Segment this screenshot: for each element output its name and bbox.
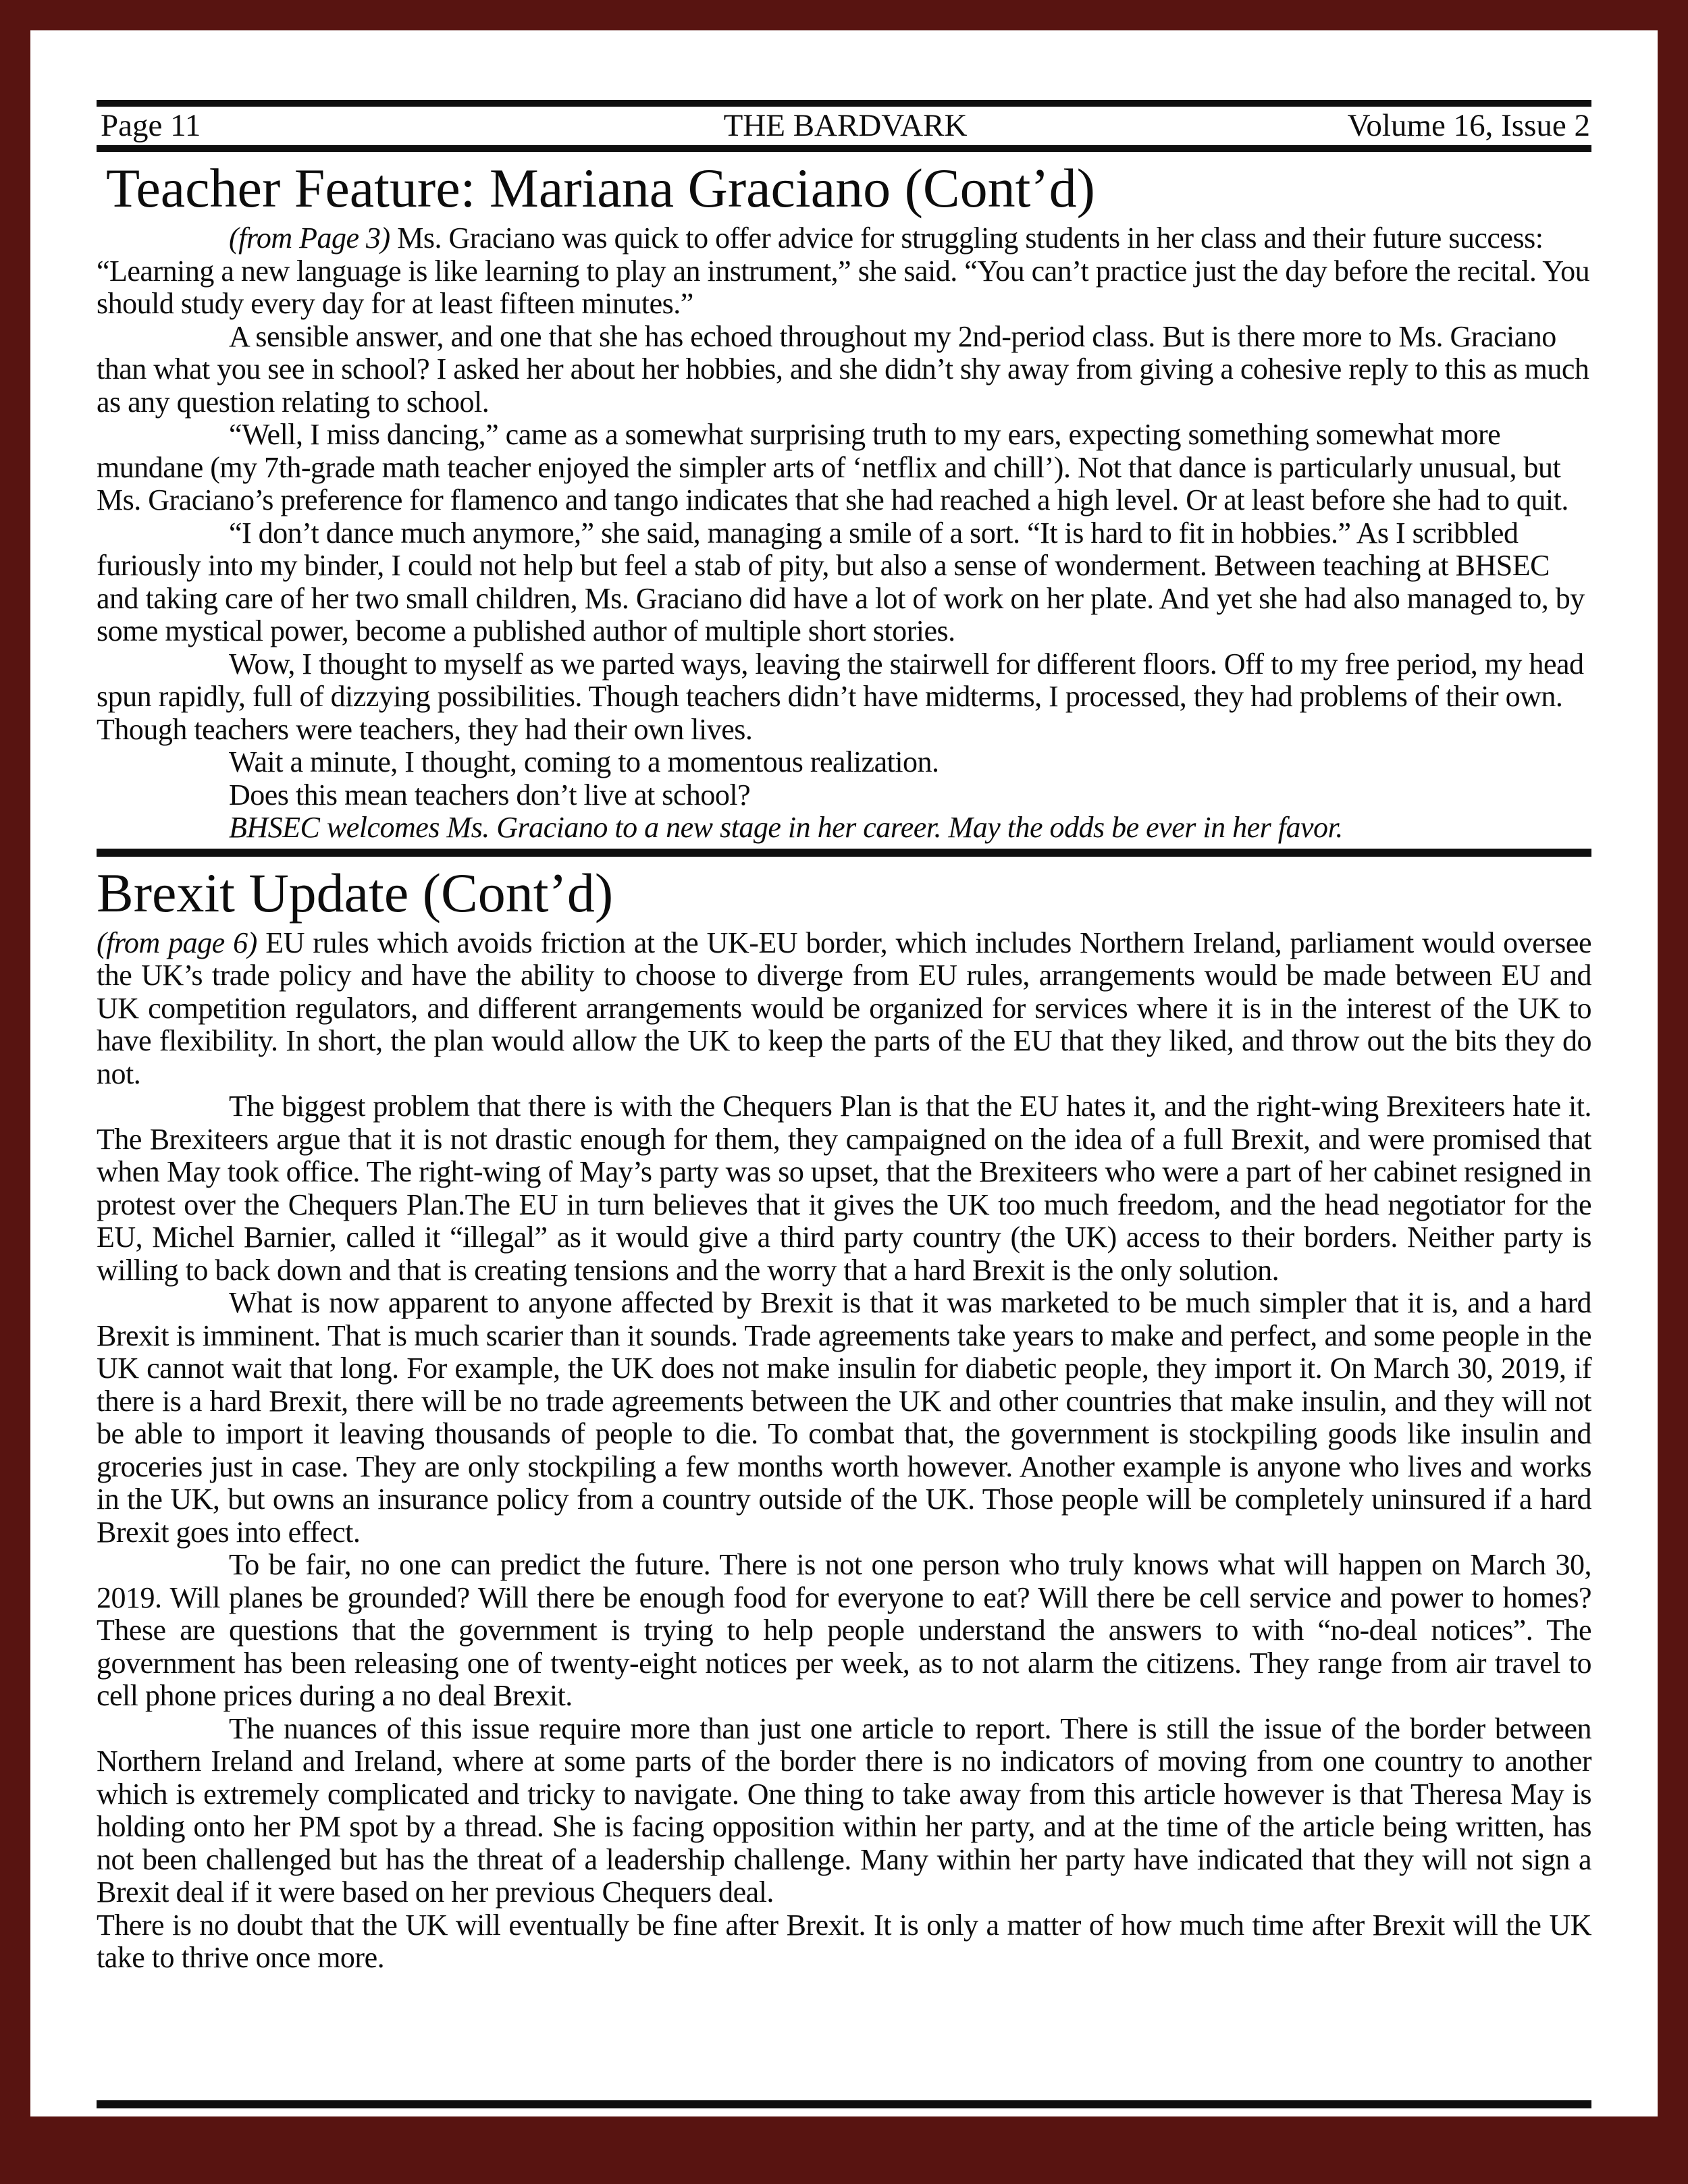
footer-rule <box>97 2100 1591 2108</box>
paragraph: To be fair, no one can predict the futur… <box>97 1549 1591 1713</box>
paragraph: “I don’t dance much anymore,” she said, … <box>97 517 1591 648</box>
page-header: Page 11 THE BARDVARK Volume 16, Issue 2 <box>97 107 1591 145</box>
continued-from-note: (from page 6) <box>97 926 257 959</box>
paragraph: “Well, I miss dancing,” came as a somewh… <box>97 419 1591 517</box>
paragraph-text: EU rules which avoids friction at the UK… <box>97 926 1591 1090</box>
article-title-brexit-update: Brexit Update (Cont’d) <box>97 862 1591 924</box>
continued-from-note: (from Page 3) <box>229 221 390 255</box>
closing-note: BHSEC welcomes Ms. Graciano to a new sta… <box>97 811 1591 845</box>
paragraph: (from page 6) EU rules which avoids fric… <box>97 927 1591 1091</box>
article-title-teacher-feature: Teacher Feature: Mariana Graciano (Cont’… <box>106 157 1591 219</box>
paragraph: Does this mean teachers don’t live at sc… <box>97 779 1591 812</box>
scan-background: Page 11 THE BARDVARK Volume 16, Issue 2 … <box>0 0 1688 2184</box>
paragraph: What is now apparent to anyone affected … <box>97 1287 1591 1549</box>
masthead-title: THE BARDVARK <box>597 107 1093 145</box>
issue-label: Volume 16, Issue 2 <box>1094 107 1591 145</box>
header-bottom-rule <box>97 145 1591 152</box>
paragraph: The biggest problem that there is with t… <box>97 1090 1591 1287</box>
paragraph: A sensible answer, and one that she has … <box>97 321 1591 419</box>
paragraph: Wow, I thought to myself as we parted wa… <box>97 648 1591 747</box>
paragraph: (from Page 3) Ms. Graciano was quick to … <box>97 222 1591 321</box>
article-brexit-update: (from page 6) EU rules which avoids fric… <box>97 927 1591 1975</box>
page-number: Page 11 <box>97 107 597 145</box>
paragraph: There is no doubt that the UK will event… <box>97 1909 1591 1975</box>
header-top-rule <box>97 100 1591 107</box>
paragraph: The nuances of this issue require more t… <box>97 1713 1591 1909</box>
article-teacher-feature: (from Page 3) Ms. Graciano was quick to … <box>97 222 1591 845</box>
newspaper-page: Page 11 THE BARDVARK Volume 16, Issue 2 … <box>30 30 1658 2116</box>
paragraph: Wait a minute, I thought, coming to a mo… <box>97 746 1591 779</box>
section-divider-rule <box>97 849 1591 857</box>
